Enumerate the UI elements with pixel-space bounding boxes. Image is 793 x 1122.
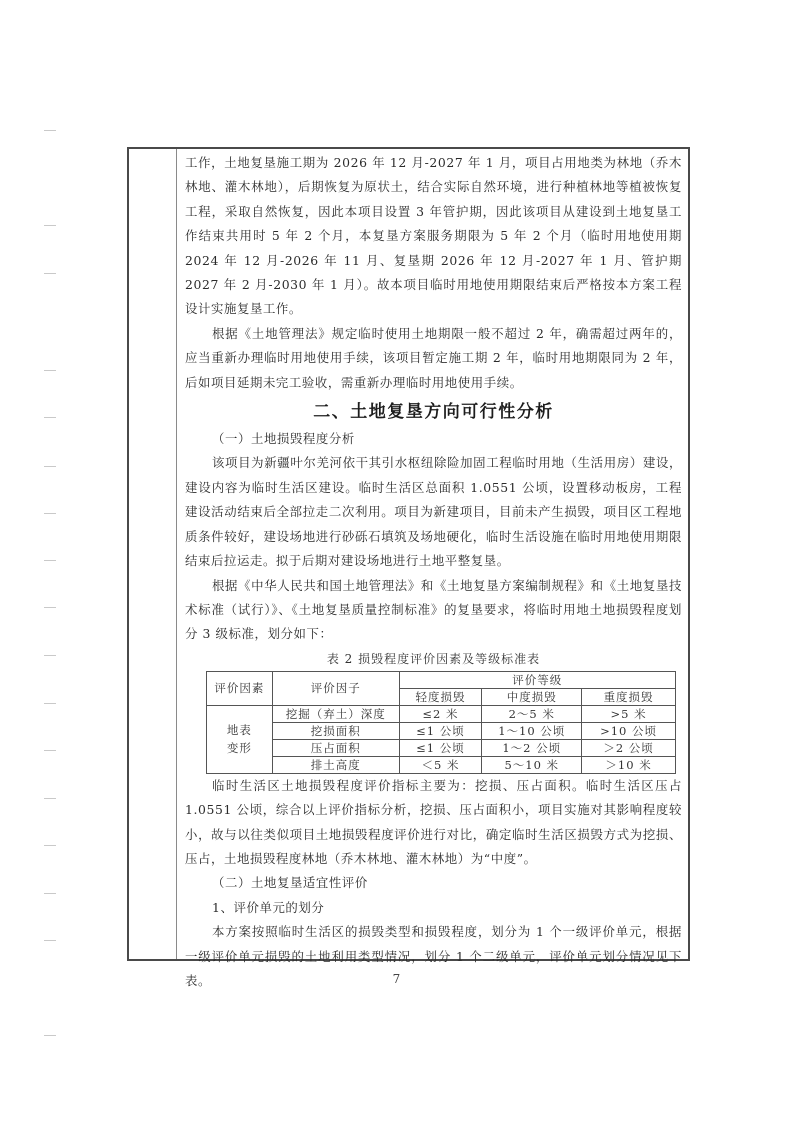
binding-mark (44, 703, 56, 704)
intro-paragraph-1: 工作，土地复垦施工期为 2026 年 12 月-2027 年 1 月，项目占用地… (185, 151, 682, 322)
damage-analysis-paragraph: 该项目为新疆叶尔羌河依干其引水枢纽除险加固工程临时用地（生活用房）建设，建设内容… (185, 451, 682, 573)
binding-mark (44, 940, 56, 941)
table-row: 压占面积 ≤1 公顷 1～2 公顷 ＞2 公顷 (207, 739, 676, 756)
moderate-cell: 1～2 公顷 (482, 739, 582, 756)
heavy-cell: ＞2 公顷 (582, 739, 676, 756)
standards-paragraph: 根据《中华人民共和国土地管理法》和《土地复垦方案编制规程》和《土地复垦技术标准（… (185, 574, 682, 647)
heavy-cell: ＞10 米 (582, 756, 676, 773)
light-cell: ＜5 米 (399, 756, 482, 773)
binding-mark (44, 845, 56, 846)
indicator-cell: 排土高度 (272, 756, 399, 773)
table-caption: 表 2 损毁程度评价因素及等级标准表 (185, 647, 682, 671)
group-label-cell: 地表 变形 (207, 705, 273, 773)
item-heading-1: 1、评价单元的划分 (185, 896, 682, 920)
heavy-cell: >5 米 (582, 705, 676, 722)
damage-conclusion-paragraph: 临时生活区土地损毁程度评价指标主要为：挖损、压占面积。临时生活区压占 1.055… (185, 774, 682, 872)
binding-mark (44, 607, 56, 608)
page-content: 工作，土地复垦施工期为 2026 年 12 月-2027 年 1 月，项目占用地… (177, 149, 688, 959)
subsection-heading-2: （二）土地复垦适宜性评价 (185, 871, 682, 895)
binding-mark (44, 1035, 56, 1036)
binding-mark (44, 417, 56, 418)
intro-paragraph-2: 根据《土地管理法》规定临时使用土地期限一般不超过 2 年，确需超过两年的，应当重… (185, 322, 682, 395)
binding-mark (44, 560, 56, 561)
binding-marks (44, 0, 58, 1122)
table-row: 挖损面积 ≤1 公顷 1～10 公顷 >10 公顷 (207, 722, 676, 739)
light-cell: ≤1 公顷 (399, 739, 482, 756)
header-indicator: 评价因子 (272, 671, 399, 705)
table-header-row: 评价因素 评价因子 评价等级 (207, 671, 676, 688)
binding-mark (44, 466, 56, 467)
header-grade-heavy: 重度损毁 (582, 688, 676, 705)
header-factor: 评价因素 (207, 671, 273, 705)
binding-mark (44, 513, 56, 514)
header-grade-group: 评价等级 (399, 671, 675, 688)
header-grade-light: 轻度损毁 (399, 688, 482, 705)
light-cell: ≤2 米 (399, 705, 482, 722)
section-title: 二、土地复垦方向可行性分析 (185, 397, 682, 427)
heavy-cell: >10 公顷 (582, 722, 676, 739)
binding-mark (44, 130, 56, 131)
binding-mark (44, 750, 56, 751)
moderate-cell: 2～5 米 (482, 705, 582, 722)
damage-grade-table: 评价因素 评价因子 评价等级 轻度损毁 中度损毁 重度损毁 地表 变形 挖掘（弃… (206, 671, 676, 774)
page-number: 7 (0, 972, 793, 986)
page-frame: 工作，土地复垦施工期为 2026 年 12 月-2027 年 1 月，项目占用地… (127, 147, 690, 961)
indicator-cell: 挖掘（弃土）深度 (272, 705, 399, 722)
moderate-cell: 5～10 米 (482, 756, 582, 773)
group-label-line-2: 变形 (227, 741, 252, 755)
table-row: 地表 变形 挖掘（弃土）深度 ≤2 米 2～5 米 >5 米 (207, 705, 676, 722)
group-label-line-1: 地表 (227, 723, 252, 737)
binding-mark (44, 273, 56, 274)
binding-mark (44, 893, 56, 894)
binding-mark (44, 225, 56, 226)
moderate-cell: 1～10 公顷 (482, 722, 582, 739)
header-grade-moderate: 中度损毁 (482, 688, 582, 705)
binding-mark (44, 798, 56, 799)
indicator-cell: 挖损面积 (272, 722, 399, 739)
binding-mark (44, 370, 56, 371)
subsection-heading-1: （一）土地损毁程度分析 (185, 427, 682, 451)
light-cell: ≤1 公顷 (399, 722, 482, 739)
binding-mark (44, 655, 56, 656)
indicator-cell: 压占面积 (272, 739, 399, 756)
table-row: 排土高度 ＜5 米 5～10 米 ＞10 米 (207, 756, 676, 773)
